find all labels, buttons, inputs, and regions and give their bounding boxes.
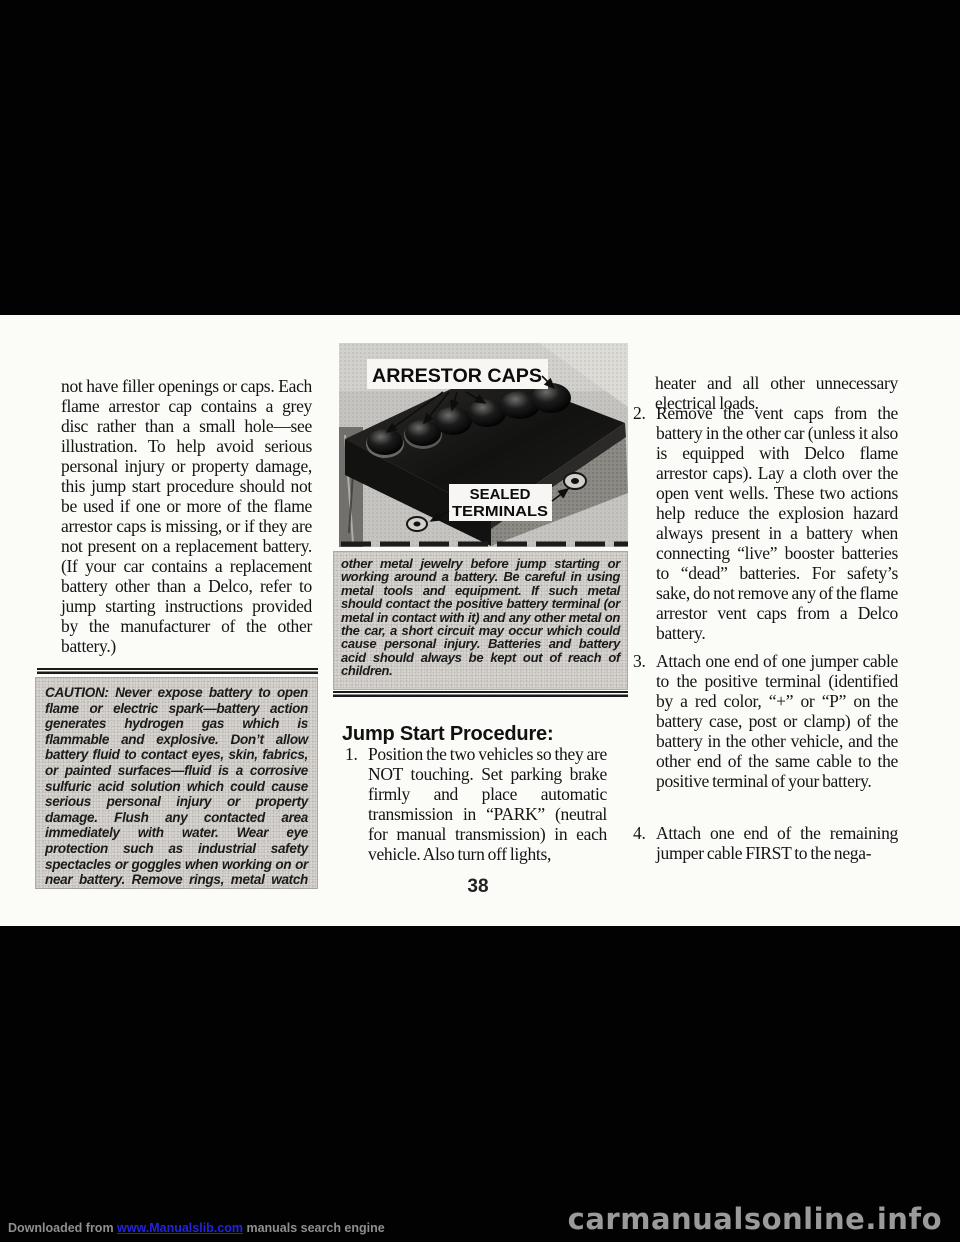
caution-text: Never expose battery to open flame or el… [45,685,308,889]
caution-box-continued: other metal jewelry before jump starting… [333,551,628,690]
list-number: 3. [633,651,656,671]
list-item-4: 4.Attach one end of the remaining jumper… [633,823,898,863]
list-text: Attach one end of one jumper cable to th… [656,651,898,791]
battery-photo: ARRESTOR CAPS SEALED TER [339,343,628,547]
caution-box: CAUTION: Never expose battery to open fl… [35,677,318,889]
manualslib-link[interactable]: www.Manualslib.com [117,1221,243,1235]
section-heading: Jump Start Procedure: [342,723,553,746]
bottom-letterbox: Downloaded from www.Manualslib.com manua… [0,926,960,1242]
page-number: 38 [330,876,626,898]
list-number: 2. [633,403,656,423]
terminals-label: TERMINALS [452,503,548,520]
list-number: 1. [345,744,368,764]
manual-page: not have filler openings or caps. Each f… [0,315,960,926]
sealed-terminals-callout: SEALED TERMINALS [431,484,568,521]
list-item-3: 3.Attach one end of one jumper cable to … [633,651,898,791]
watermark-prefix: Downloaded from [8,1221,117,1235]
section-rule-bottom [333,691,628,697]
manualslib-watermark: Downloaded from www.Manualslib.com manua… [8,1221,385,1235]
list-number: 4. [633,823,656,843]
list-item-2: 2.Remove the vent caps from the battery … [633,403,898,643]
watermark-suffix: manuals search engine [243,1221,385,1235]
list-text: Attach one end of the remaining jumper c… [656,823,898,863]
section-rule [37,668,318,674]
body-paragraph-left: not have filler openings or caps. Each f… [61,376,312,656]
list-item-1: 1.Position the two vehicles so they are … [345,744,607,864]
sealed-label: SEALED [470,486,531,503]
top-letterbox [0,0,960,315]
list-text: Position the two vehicles so they are NO… [368,744,607,864]
list-text: Remove the vent caps from the battery in… [656,403,898,643]
site-watermark: carmanualsonline.info [568,1202,942,1236]
arrestor-caps-label: ARRESTOR CAPS [372,366,542,387]
scanned-manual-page: not have filler openings or caps. Each f… [0,0,960,1242]
caution-label: CAUTION: [45,685,109,700]
